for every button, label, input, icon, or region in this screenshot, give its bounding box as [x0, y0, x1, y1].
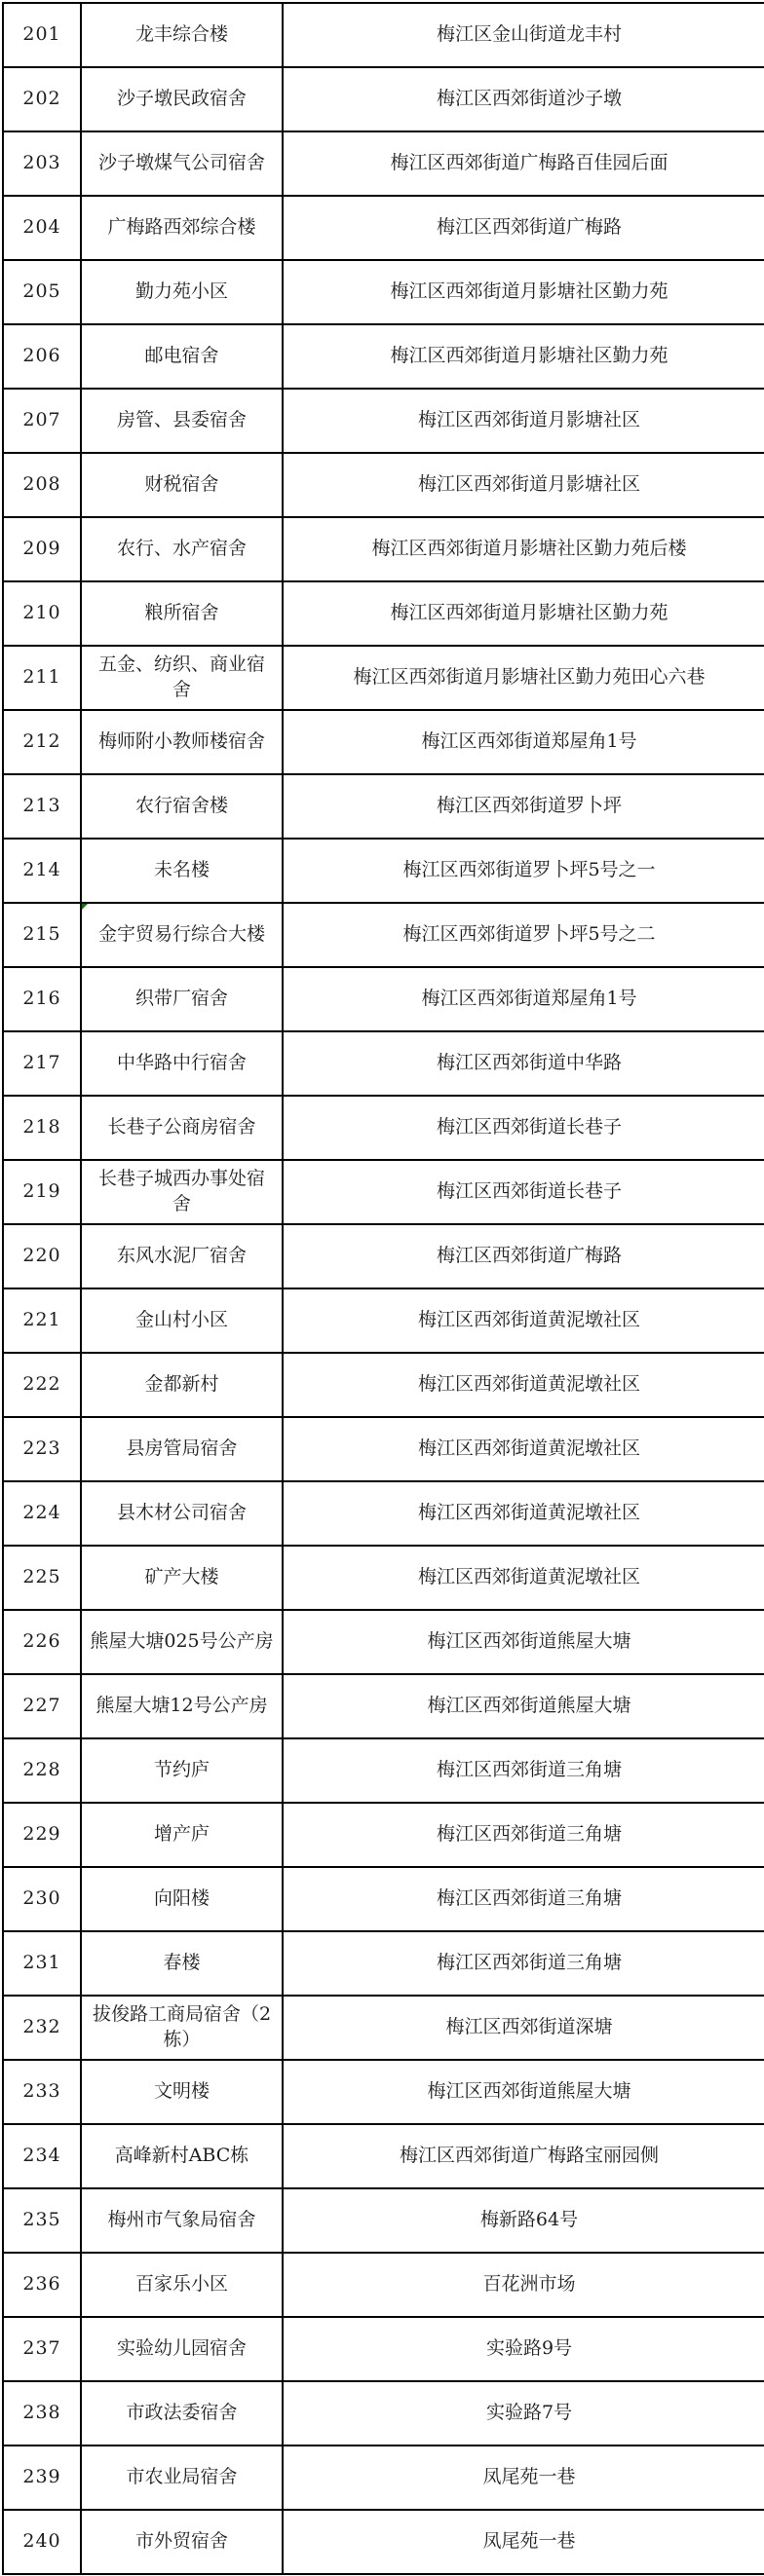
cell-text: 高峰新村ABC栋 [115, 2145, 249, 2166]
cell-address: 梅江区西郊街道黄泥墩社区 [283, 1353, 764, 1417]
cell-text: 中华路中行宿舍 [117, 1052, 247, 1073]
cell-text: 234 [22, 2145, 60, 2166]
cell-text: 220 [22, 1245, 60, 1266]
cell-no: 232 [3, 1996, 81, 2060]
cell-address: 梅江区西郊街道沙子墩 [283, 67, 764, 131]
cell-text: 208 [22, 473, 60, 495]
cell-address: 梅江区西郊街道郑屋角1号 [283, 967, 764, 1031]
cell-no: 230 [3, 1867, 81, 1931]
cell-address: 梅江区西郊街道郑屋角1号 [283, 710, 764, 774]
cell-address: 梅江区西郊街道长巷子 [283, 1096, 764, 1160]
cell-no: 239 [3, 2445, 81, 2510]
cell-name: 农行宿舍楼 [81, 774, 283, 839]
table-row: 238市政法委宿舍实验路7号 [3, 2381, 764, 2445]
cell-no: 227 [3, 1674, 81, 1738]
table-row: 218长巷子公商房宿舍梅江区西郊街道长巷子 [3, 1096, 764, 1160]
cell-no: 207 [3, 389, 81, 453]
cell-name: 百家乐小区 [81, 2253, 283, 2317]
cell-no: 229 [3, 1803, 81, 1867]
cell-no: 236 [3, 2253, 81, 2317]
cell-address: 梅江区西郊街道中华路 [283, 1031, 764, 1096]
table-row: 210粮所宿舍梅江区西郊街道月影塘社区勤力苑 [3, 581, 764, 646]
cell-text: 216 [22, 988, 60, 1009]
cell-name: 增产庐 [81, 1803, 283, 1867]
cell-no: 235 [3, 2188, 81, 2253]
cell-text: 211 [22, 666, 60, 688]
cell-text: 龙丰综合楼 [135, 23, 228, 45]
cell-no: 217 [3, 1031, 81, 1096]
housing-roster-table: 201龙丰综合楼梅江区金山街道龙丰村202沙子墩民政宿舍梅江区西郊街道沙子墩20… [2, 2, 764, 2575]
cell-text: 沙子墩煤气公司宿舍 [98, 152, 265, 173]
cell-text: 长巷子城西办事处宿舍 [98, 1168, 265, 1214]
cell-text: 229 [22, 1823, 60, 1845]
cell-name: 未名楼 [81, 839, 283, 903]
cell-name: 熊屋大塘025号公产房 [81, 1610, 283, 1674]
cell-name: 市农业局宿舍 [81, 2445, 283, 2510]
cell-name: 春楼 [81, 1931, 283, 1996]
cell-text: 向阳楼 [154, 1887, 210, 1909]
cell-no: 212 [3, 710, 81, 774]
cell-no: 222 [3, 1353, 81, 1417]
cell-text: 长巷子公商房宿舍 [107, 1116, 255, 1138]
cell-text: 梅师附小教师楼宿舍 [98, 730, 265, 752]
cell-name: 房管、县委宿舍 [81, 389, 283, 453]
cell-text: 沙子墩民政宿舍 [117, 88, 247, 109]
table-row: 214未名楼梅江区西郊街道罗卜坪5号之一 [3, 839, 764, 903]
cell-text: 梅江区西郊街道三角塘 [437, 1887, 622, 1909]
cell-text: 东风水泥厂宿舍 [117, 1245, 247, 1266]
cell-name: 粮所宿舍 [81, 581, 283, 646]
cell-text: 财税宿舍 [144, 473, 218, 495]
table-row: 219长巷子城西办事处宿舍梅江区西郊街道长巷子 [3, 1160, 764, 1224]
table-row: 235梅州市气象局宿舍梅新路64号 [3, 2188, 764, 2253]
cell-text: 227 [22, 1695, 60, 1716]
cell-name: 中华路中行宿舍 [81, 1031, 283, 1096]
cell-name: 高峰新村ABC栋 [81, 2124, 283, 2188]
cell-name: 节约庐 [81, 1738, 283, 1803]
cell-address: 梅江区西郊街道广梅路 [283, 1224, 764, 1288]
cell-address: 梅江区西郊街道三角塘 [283, 1931, 764, 1996]
cell-name: 财税宿舍 [81, 453, 283, 517]
cell-text: 梅江区西郊街道熊屋大塘 [427, 2080, 630, 2102]
cell-no: 231 [3, 1931, 81, 1996]
table-row: 222金都新村梅江区西郊街道黄泥墩社区 [3, 1353, 764, 1417]
cell-address: 实验路9号 [283, 2317, 764, 2381]
cell-name: 梅师附小教师楼宿舍 [81, 710, 283, 774]
cell-address: 梅江区西郊街道广梅路宝丽园侧 [283, 2124, 764, 2188]
table-row: 231春楼梅江区西郊街道三角塘 [3, 1931, 764, 1996]
cell-name: 长巷子城西办事处宿舍 [81, 1160, 283, 1224]
cell-address: 梅江区西郊街道月影塘社区勤力苑 [283, 324, 764, 389]
table-row: 229增产庐梅江区西郊街道三角塘 [3, 1803, 764, 1867]
cell-address: 梅江区西郊街道广梅路 [283, 196, 764, 260]
cell-name: 金宇贸易行综合大楼 [81, 903, 283, 967]
cell-address: 梅江区西郊街道黄泥墩社区 [283, 1546, 764, 1610]
cell-address: 梅江区西郊街道熊屋大塘 [283, 2060, 764, 2124]
cell-name: 熊屋大塘12号公产房 [81, 1674, 283, 1738]
cell-text: 勤力苑小区 [135, 280, 228, 302]
cell-text: 238 [22, 2402, 60, 2423]
cell-no: 220 [3, 1224, 81, 1288]
cell-address: 梅江区西郊街道月影塘社区勤力苑 [283, 581, 764, 646]
cell-address: 梅江区西郊街道三角塘 [283, 1738, 764, 1803]
cell-no: 213 [3, 774, 81, 839]
cell-name: 县木材公司宿舍 [81, 1481, 283, 1546]
table-row: 223县房管局宿舍梅江区西郊街道黄泥墩社区 [3, 1417, 764, 1481]
cell-text: 梅江区西郊街道黄泥墩社区 [418, 1373, 640, 1395]
cell-text: 215 [22, 923, 60, 945]
table-row: 230向阳楼梅江区西郊街道三角塘 [3, 1867, 764, 1931]
cell-text: 201 [22, 23, 60, 45]
cell-text: 梅江区金山街道龙丰村 [437, 23, 622, 45]
table-row: 205勤力苑小区梅江区西郊街道月影塘社区勤力苑 [3, 260, 764, 324]
cell-text: 广梅路西郊综合楼 [107, 216, 255, 238]
cell-address: 梅江区西郊街道罗卜坪 [283, 774, 764, 839]
table-row: 215金宇贸易行综合大楼梅江区西郊街道罗卜坪5号之二 [3, 903, 764, 967]
cell-address: 梅江区西郊街道月影塘社区勤力苑 [283, 260, 764, 324]
cell-no: 210 [3, 581, 81, 646]
table-row: 211五金、纺织、商业宿舍梅江区西郊街道月影塘社区勤力苑田心六巷 [3, 646, 764, 710]
cell-text: 梅江区西郊街道黄泥墩社区 [418, 1566, 640, 1587]
table-row: 226熊屋大塘025号公产房梅江区西郊街道熊屋大塘 [3, 1610, 764, 1674]
cell-text: 文明楼 [154, 2080, 210, 2102]
cell-text: 梅江区西郊街道郑屋角1号 [421, 730, 636, 752]
table-row: 204广梅路西郊综合楼梅江区西郊街道广梅路 [3, 196, 764, 260]
cell-name: 邮电宿舍 [81, 324, 283, 389]
cell-address: 梅江区西郊街道广梅路百佳园后面 [283, 131, 764, 196]
cell-no: 211 [3, 646, 81, 710]
cell-text: 230 [22, 1887, 60, 1909]
cell-text: 233 [22, 2080, 60, 2102]
cell-text: 五金、纺织、商业宿舍 [98, 653, 265, 700]
cell-text: 梅州市气象局宿舍 [107, 2209, 255, 2230]
cell-text: 市农业局宿舍 [126, 2466, 237, 2487]
cell-text: 214 [22, 859, 60, 880]
cell-text: 凤尾苑一巷 [482, 2530, 575, 2552]
cell-text: 熊屋大塘12号公产房 [95, 1695, 267, 1716]
cell-text: 梅江区西郊街道沙子墩 [437, 88, 622, 109]
cell-address: 凤尾苑一巷 [283, 2510, 764, 2574]
cell-text: 梅江区西郊街道罗卜坪5号之二 [402, 923, 655, 945]
table-row: 221金山村小区梅江区西郊街道黄泥墩社区 [3, 1288, 764, 1353]
cell-text: 218 [22, 1116, 60, 1138]
cell-text: 梅江区西郊街道月影塘社区勤力苑田心六巷 [353, 666, 705, 688]
cell-address: 梅江区西郊街道黄泥墩社区 [283, 1417, 764, 1481]
cell-text: 金宇贸易行综合大楼 [98, 923, 265, 945]
cell-name: 沙子墩民政宿舍 [81, 67, 283, 131]
cell-no: 208 [3, 453, 81, 517]
cell-text: 梅江区西郊街道黄泥墩社区 [418, 1502, 640, 1523]
cell-name: 市外贸宿舍 [81, 2510, 283, 2574]
cell-text: 实验幼儿园宿舍 [117, 2337, 247, 2359]
cell-text: 梅江区西郊街道郑屋角1号 [421, 988, 636, 1009]
cell-name: 梅州市气象局宿舍 [81, 2188, 283, 2253]
cell-text: 202 [22, 88, 60, 109]
cell-text: 209 [22, 538, 60, 559]
cell-text: 228 [22, 1759, 60, 1780]
cell-text: 金都新村 [144, 1373, 218, 1395]
cell-text: 梅江区西郊街道长巷子 [437, 1180, 622, 1202]
cell-text: 梅江区西郊街道月影塘社区 [418, 409, 640, 430]
cell-text: 房管、县委宿舍 [117, 409, 247, 430]
table-row: 232拔俊路工商局宿舍（2栋）梅江区西郊街道深塘 [3, 1996, 764, 2060]
cell-no: 204 [3, 196, 81, 260]
cell-name: 文明楼 [81, 2060, 283, 2124]
cell-text: 增产庐 [154, 1823, 210, 1845]
cell-text: 梅江区西郊街道广梅路百佳园后面 [390, 152, 668, 173]
cell-name: 金都新村 [81, 1353, 283, 1417]
cell-text: 梅江区西郊街道月影塘社区勤力苑后楼 [371, 538, 686, 559]
cell-text: 222 [22, 1373, 60, 1395]
table-row: 203沙子墩煤气公司宿舍梅江区西郊街道广梅路百佳园后面 [3, 131, 764, 196]
table-row: 201龙丰综合楼梅江区金山街道龙丰村 [3, 3, 764, 67]
cell-name: 向阳楼 [81, 1867, 283, 1931]
cell-address: 梅江区西郊街道三角塘 [283, 1867, 764, 1931]
cell-no: 224 [3, 1481, 81, 1546]
cell-no: 205 [3, 260, 81, 324]
cell-text: 240 [22, 2530, 60, 2552]
cell-text: 梅江区西郊街道三角塘 [437, 1759, 622, 1780]
cell-name: 县房管局宿舍 [81, 1417, 283, 1481]
cell-text: 206 [22, 345, 60, 366]
cell-text: 县木材公司宿舍 [117, 1502, 247, 1523]
cell-text: 226 [22, 1630, 60, 1652]
cell-address: 梅江区西郊街道罗卜坪5号之二 [283, 903, 764, 967]
cell-name: 沙子墩煤气公司宿舍 [81, 131, 283, 196]
cell-text: 拔俊路工商局宿舍（2栋） [93, 2003, 271, 2050]
cell-text: 市政法委宿舍 [126, 2402, 237, 2423]
table-row: 209农行、水产宿舍梅江区西郊街道月影塘社区勤力苑后楼 [3, 517, 764, 581]
cell-text: 236 [22, 2273, 60, 2295]
cell-no: 234 [3, 2124, 81, 2188]
table-row: 206邮电宿舍梅江区西郊街道月影塘社区勤力苑 [3, 324, 764, 389]
cell-text: 梅江区西郊街道广梅路宝丽园侧 [400, 2145, 659, 2166]
cell-name: 实验幼儿园宿舍 [81, 2317, 283, 2381]
table-body: 201龙丰综合楼梅江区金山街道龙丰村202沙子墩民政宿舍梅江区西郊街道沙子墩20… [3, 3, 764, 2574]
cell-address: 梅江区西郊街道月影塘社区 [283, 389, 764, 453]
table-row: 227熊屋大塘12号公产房梅江区西郊街道熊屋大塘 [3, 1674, 764, 1738]
table-row: 217中华路中行宿舍梅江区西郊街道中华路 [3, 1031, 764, 1096]
cell-name: 市政法委宿舍 [81, 2381, 283, 2445]
cell-no: 219 [3, 1160, 81, 1224]
cell-text: 梅江区西郊街道深塘 [445, 2016, 612, 2037]
cell-text: 金山村小区 [135, 1309, 228, 1330]
cell-text: 225 [22, 1566, 60, 1587]
table-row: 208财税宿舍梅江区西郊街道月影塘社区 [3, 453, 764, 517]
cell-text: 百花洲市场 [482, 2273, 575, 2295]
cell-address: 梅江区西郊街道深塘 [283, 1996, 764, 2060]
cell-text: 梅江区西郊街道中华路 [437, 1052, 622, 1073]
cell-text: 232 [22, 2016, 60, 2037]
cell-text: 237 [22, 2337, 60, 2359]
cell-text: 231 [22, 1952, 60, 1973]
cell-text: 梅江区西郊街道月影塘社区勤力苑 [390, 345, 668, 366]
cell-text: 210 [22, 602, 60, 623]
table-row: 224县木材公司宿舍梅江区西郊街道黄泥墩社区 [3, 1481, 764, 1546]
cell-text: 梅江区西郊街道长巷子 [437, 1116, 622, 1138]
cell-name: 矿产大楼 [81, 1546, 283, 1610]
cell-address: 梅江区西郊街道熊屋大塘 [283, 1610, 764, 1674]
table-row: 225矿产大楼梅江区西郊街道黄泥墩社区 [3, 1546, 764, 1610]
cell-text: 凤尾苑一巷 [482, 2466, 575, 2487]
cell-address: 梅新路64号 [283, 2188, 764, 2253]
cell-no: 215 [3, 903, 81, 967]
cell-text: 梅新路64号 [480, 2209, 578, 2230]
table-row: 220东风水泥厂宿舍梅江区西郊街道广梅路 [3, 1224, 764, 1288]
cell-address: 梅江区西郊街道月影塘社区 [283, 453, 764, 517]
cell-name: 长巷子公商房宿舍 [81, 1096, 283, 1160]
cell-text: 矿产大楼 [144, 1566, 218, 1587]
cell-name: 拔俊路工商局宿舍（2栋） [81, 1996, 283, 2060]
cell-name: 织带厂宿舍 [81, 967, 283, 1031]
cell-text: 梅江区西郊街道罗卜坪 [437, 795, 622, 816]
cell-text: 邮电宿舍 [144, 345, 218, 366]
cell-text: 239 [22, 2466, 60, 2487]
cell-text: 212 [22, 730, 60, 752]
table-row: 237实验幼儿园宿舍实验路9号 [3, 2317, 764, 2381]
cell-no: 226 [3, 1610, 81, 1674]
table-row: 233文明楼梅江区西郊街道熊屋大塘 [3, 2060, 764, 2124]
comment-marker-icon [82, 904, 88, 910]
cell-text: 市外贸宿舍 [135, 2530, 228, 2552]
cell-text: 织带厂宿舍 [135, 988, 228, 1009]
cell-text: 春楼 [163, 1952, 200, 1973]
cell-text: 梅江区西郊街道广梅路 [437, 1245, 622, 1266]
cell-text: 梅江区西郊街道月影塘社区勤力苑 [390, 602, 668, 623]
cell-name: 农行、水产宿舍 [81, 517, 283, 581]
table-row: 236百家乐小区百花洲市场 [3, 2253, 764, 2317]
cell-text: 207 [22, 409, 60, 430]
cell-no: 209 [3, 517, 81, 581]
cell-text: 213 [22, 795, 60, 816]
cell-name: 东风水泥厂宿舍 [81, 1224, 283, 1288]
cell-text: 梅江区西郊街道罗卜坪5号之一 [402, 859, 655, 880]
cell-text: 梅江区西郊街道广梅路 [437, 216, 622, 238]
cell-text: 223 [22, 1437, 60, 1459]
cell-no: 225 [3, 1546, 81, 1610]
table-row: 213农行宿舍楼梅江区西郊街道罗卜坪 [3, 774, 764, 839]
cell-text: 农行宿舍楼 [135, 795, 228, 816]
cell-name: 龙丰综合楼 [81, 3, 283, 67]
table-row: 240市外贸宿舍凤尾苑一巷 [3, 2510, 764, 2574]
cell-address: 梅江区西郊街道月影塘社区勤力苑后楼 [283, 517, 764, 581]
table-row: 228节约庐梅江区西郊街道三角塘 [3, 1738, 764, 1803]
cell-text: 梅江区西郊街道月影塘社区 [418, 473, 640, 495]
document-page: 201龙丰综合楼梅江区金山街道龙丰村202沙子墩民政宿舍梅江区西郊街道沙子墩20… [0, 0, 764, 2576]
cell-address: 凤尾苑一巷 [283, 2445, 764, 2510]
cell-name: 广梅路西郊综合楼 [81, 196, 283, 260]
cell-address: 梅江区西郊街道熊屋大塘 [283, 1674, 764, 1738]
cell-text: 梅江区西郊街道三角塘 [437, 1952, 622, 1973]
cell-no: 201 [3, 3, 81, 67]
cell-no: 228 [3, 1738, 81, 1803]
cell-text: 未名楼 [154, 859, 210, 880]
cell-text: 梅江区西郊街道熊屋大塘 [427, 1630, 630, 1652]
cell-no: 214 [3, 839, 81, 903]
cell-name: 金山村小区 [81, 1288, 283, 1353]
cell-text: 221 [22, 1309, 60, 1330]
cell-address: 梅江区西郊街道黄泥墩社区 [283, 1288, 764, 1353]
cell-text: 205 [22, 280, 60, 302]
cell-text: 节约庐 [154, 1759, 210, 1780]
cell-no: 238 [3, 2381, 81, 2445]
cell-text: 219 [22, 1180, 60, 1202]
cell-text: 梅江区西郊街道黄泥墩社区 [418, 1437, 640, 1459]
cell-text: 百家乐小区 [135, 2273, 228, 2295]
cell-text: 熊屋大塘025号公产房 [90, 1630, 273, 1652]
cell-text: 梅江区西郊街道黄泥墩社区 [418, 1309, 640, 1330]
cell-address: 百花洲市场 [283, 2253, 764, 2317]
table-row: 216织带厂宿舍梅江区西郊街道郑屋角1号 [3, 967, 764, 1031]
cell-address: 梅江区西郊街道长巷子 [283, 1160, 764, 1224]
cell-address: 梅江区西郊街道黄泥墩社区 [283, 1481, 764, 1546]
cell-text: 235 [22, 2209, 60, 2230]
cell-no: 237 [3, 2317, 81, 2381]
cell-name: 勤力苑小区 [81, 260, 283, 324]
cell-no: 206 [3, 324, 81, 389]
cell-text: 梅江区西郊街道熊屋大塘 [427, 1695, 630, 1716]
cell-text: 县房管局宿舍 [126, 1437, 237, 1459]
cell-address: 实验路7号 [283, 2381, 764, 2445]
cell-text: 农行、水产宿舍 [117, 538, 247, 559]
cell-no: 218 [3, 1096, 81, 1160]
cell-no: 216 [3, 967, 81, 1031]
cell-text: 217 [22, 1052, 60, 1073]
cell-no: 202 [3, 67, 81, 131]
cell-no: 203 [3, 131, 81, 196]
table-row: 207房管、县委宿舍梅江区西郊街道月影塘社区 [3, 389, 764, 453]
cell-text: 224 [22, 1502, 60, 1523]
cell-no: 223 [3, 1417, 81, 1481]
cell-address: 梅江区西郊街道月影塘社区勤力苑田心六巷 [283, 646, 764, 710]
cell-address: 梅江区西郊街道三角塘 [283, 1803, 764, 1867]
table-row: 212梅师附小教师楼宿舍梅江区西郊街道郑屋角1号 [3, 710, 764, 774]
cell-no: 233 [3, 2060, 81, 2124]
table-row: 202沙子墩民政宿舍梅江区西郊街道沙子墩 [3, 67, 764, 131]
cell-text: 实验路9号 [486, 2337, 572, 2359]
cell-no: 221 [3, 1288, 81, 1353]
cell-name: 五金、纺织、商业宿舍 [81, 646, 283, 710]
cell-address: 梅江区西郊街道罗卜坪5号之一 [283, 839, 764, 903]
cell-text: 粮所宿舍 [144, 602, 218, 623]
cell-no: 240 [3, 2510, 81, 2574]
cell-text: 梅江区西郊街道三角塘 [437, 1823, 622, 1845]
cell-address: 梅江区金山街道龙丰村 [283, 3, 764, 67]
cell-text: 203 [22, 152, 60, 173]
cell-text: 梅江区西郊街道月影塘社区勤力苑 [390, 280, 668, 302]
table-row: 239市农业局宿舍凤尾苑一巷 [3, 2445, 764, 2510]
table-row: 234高峰新村ABC栋梅江区西郊街道广梅路宝丽园侧 [3, 2124, 764, 2188]
cell-text: 实验路7号 [486, 2402, 572, 2423]
cell-text: 204 [22, 216, 60, 238]
